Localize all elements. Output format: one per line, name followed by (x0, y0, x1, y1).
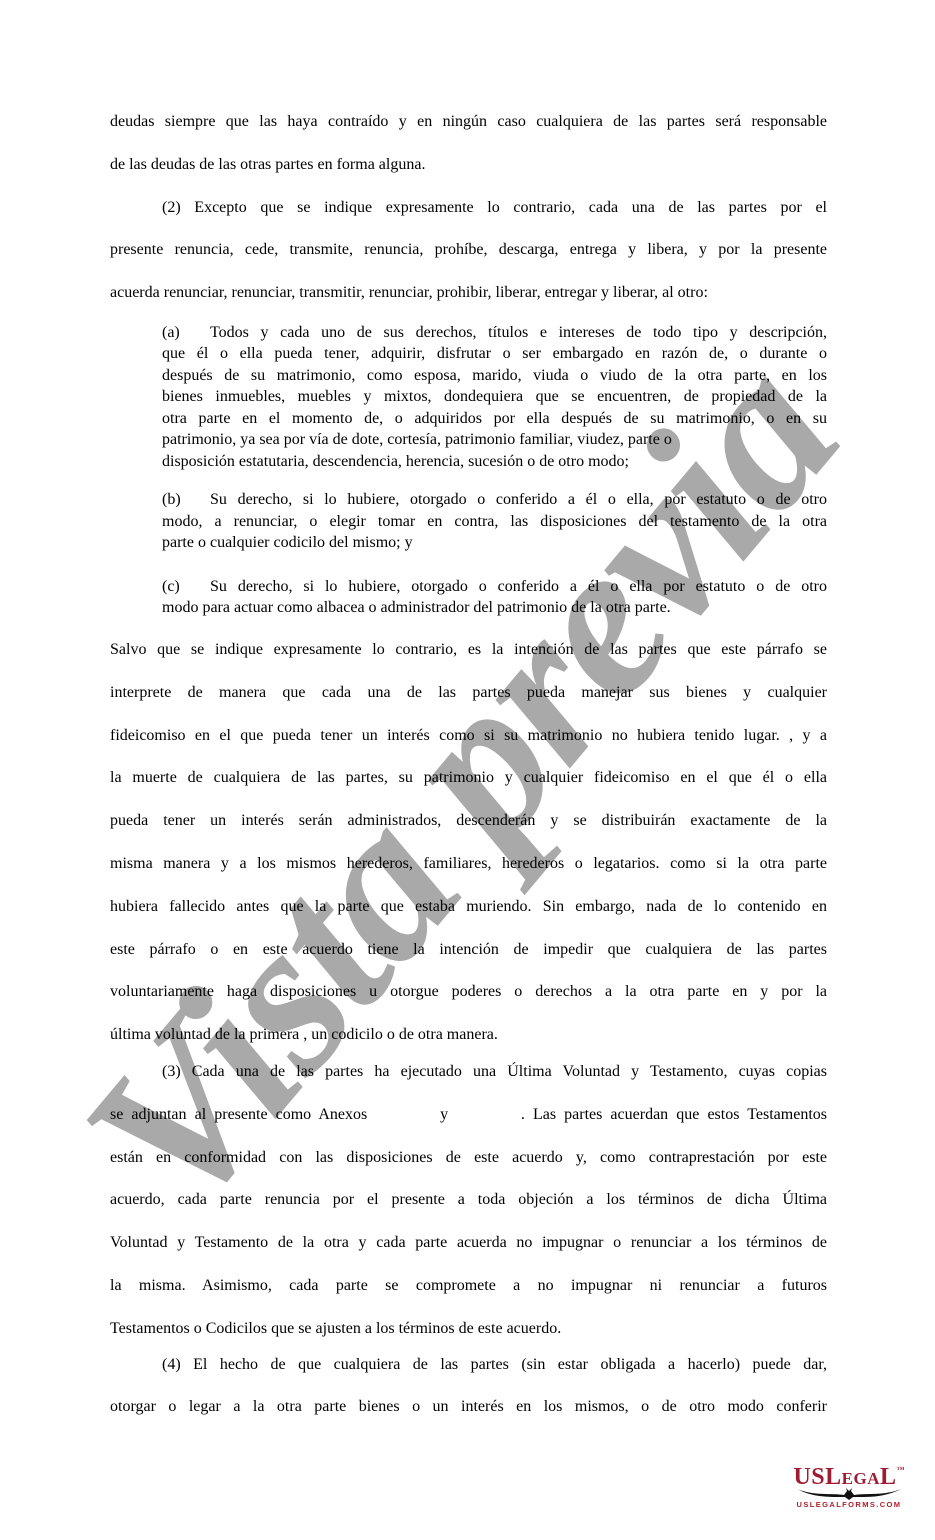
clause-label: (c) (162, 576, 210, 598)
document-line: otra parte en el momento de, o adquirido… (162, 408, 827, 430)
clause-block: (c)Su derecho, si lo hubiere, otorgado o… (162, 576, 827, 619)
logo-domain: USLEGALFORMS.COM (786, 1501, 912, 1509)
uslegal-logo[interactable]: USLEGAL™ USLEGALFORMS.COM (786, 1465, 912, 1509)
trademark-symbol: ™ (897, 1465, 905, 1474)
document-line: (a)Todos y cada uno de sus derechos, tít… (162, 322, 827, 344)
logo-text-tail: L (880, 1464, 897, 1490)
document-line: interprete de manera que cada una de las… (110, 672, 827, 715)
document-line: Voluntad y Testamento de la otra y cada … (110, 1222, 827, 1265)
document-line: (3) Cada una de las partes ha ejecutado … (110, 1051, 827, 1094)
document-line: hubiera fallecido antes que la parte que… (110, 886, 827, 929)
document-line: deudas siempre que las haya contraído y … (110, 101, 827, 144)
paragraph-block: deudas siempre que las haya contraído y … (110, 101, 827, 187)
clause-block: (b)Su derecho, si lo hubiere, otorgado o… (162, 489, 827, 554)
paragraph-block: (3) Cada una de las partes ha ejecutado … (110, 1051, 827, 1351)
document-line: (c)Su derecho, si lo hubiere, otorgado o… (162, 576, 827, 598)
paragraph-block: (4) El hecho de que cualquiera de las pa… (110, 1344, 827, 1430)
clause-text: Todos y cada uno de sus derechos, título… (210, 324, 827, 341)
document-line: (2) Excepto que se indique expresamente … (110, 187, 827, 230)
clause-text: Su derecho, si lo hubiere, otorgado o co… (210, 491, 827, 508)
document-line: (b)Su derecho, si lo hubiere, otorgado o… (162, 489, 827, 511)
document-line: (4) El hecho de que cualquiera de las pa… (110, 1344, 827, 1387)
document-line: disposición estatutaria, descendencia, h… (162, 451, 827, 473)
clause-label: (a) (162, 322, 210, 344)
document-line: que él o ella pueda tener, adquirir, dis… (162, 343, 827, 365)
document-line: acuerda renunciar, renunciar, transmitir… (110, 272, 827, 315)
clause-text: Su derecho, si lo hubiere, otorgado o co… (210, 578, 827, 595)
document-line: parte o cualquier codicilo del mismo; y (162, 532, 827, 554)
document-line: acuerdo, cada parte renuncia por el pres… (110, 1179, 827, 1222)
document-line: están en conformidad con las disposicion… (110, 1137, 827, 1180)
document-body: deudas siempre que las haya contraído y … (110, 101, 827, 1429)
document-line: de las deudas de las otras partes en for… (110, 144, 827, 187)
paragraph-block: Salvo que se indique expresamente lo con… (110, 629, 827, 1057)
logo-text-small: EGA (842, 1469, 880, 1488)
logo-wordmark: USLEGAL™ (786, 1465, 912, 1489)
document-line: otorgar o legar a la otra parte bienes o… (110, 1386, 827, 1429)
clause-label: (b) (162, 489, 210, 511)
document-line: fideicomiso en el que pueda tener un int… (110, 715, 827, 758)
document-line: la muerte de cualquiera de las partes, s… (110, 757, 827, 800)
document-line: misma manera y a los mismos herederos, f… (110, 843, 827, 886)
document-line: voluntariamente haga disposiciones u oto… (110, 971, 827, 1014)
document-line: Salvo que se indique expresamente lo con… (110, 629, 827, 672)
document-line: presente renuncia, cede, transmite, renu… (110, 229, 827, 272)
document-line: patrimonio, ya sea por vía de dote, cort… (162, 429, 827, 451)
document-line: se adjuntan al presente como Anexos y . … (110, 1094, 827, 1137)
clause-block: (a)Todos y cada uno de sus derechos, tít… (162, 322, 827, 473)
document-line: modo, a renunciar, o elegir tomar en con… (162, 511, 827, 533)
document-page: Vista previa deudas siempre que las haya… (0, 0, 935, 1540)
document-line: bienes inmuebles, muebles y mixtos, dond… (162, 386, 827, 408)
logo-text-lead: USL (793, 1464, 841, 1490)
document-line: modo para actuar como albacea o administ… (162, 597, 827, 619)
document-line: después de su matrimonio, como esposa, m… (162, 365, 827, 387)
document-line: la misma. Asimismo, cada parte se compro… (110, 1265, 827, 1308)
paragraph-block: (2) Excepto que se indique expresamente … (110, 187, 827, 315)
document-line: pueda tener un interés serán administrad… (110, 800, 827, 843)
document-line: este párrafo o en este acuerdo tiene la … (110, 929, 827, 972)
